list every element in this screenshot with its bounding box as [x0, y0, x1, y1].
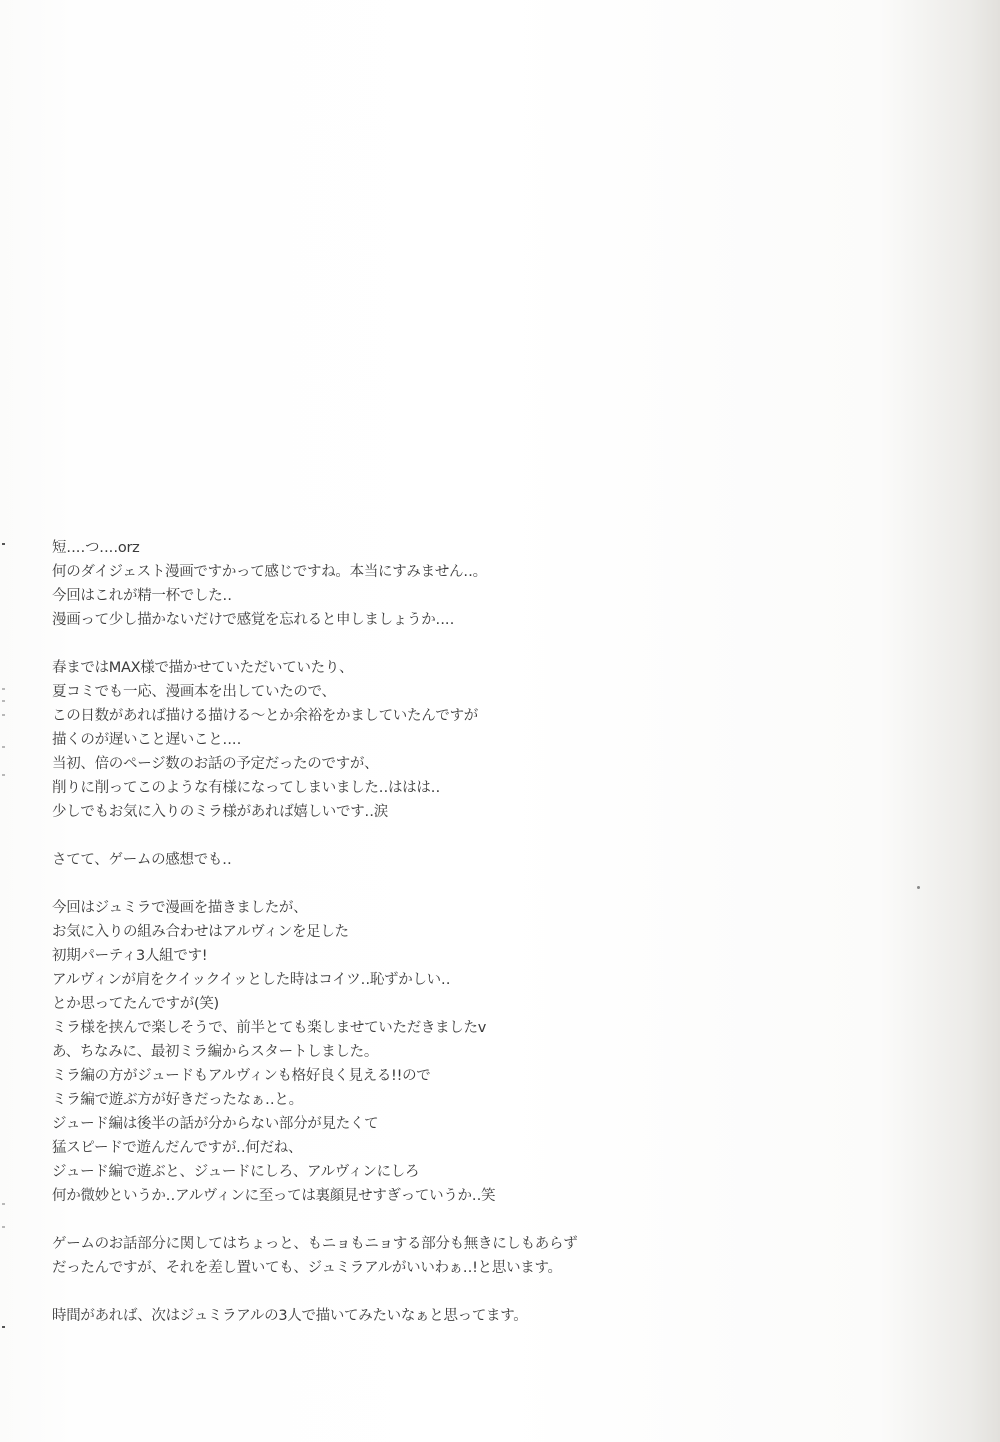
text-line: 当初、倍のページ数のお話の予定だったのですが、: [52, 752, 872, 776]
margin-mark: [2, 774, 5, 776]
afterword-text: 短‥‥つ‥‥orz 何のダイジェスト漫画ですかって感じですね。本当にすみません‥…: [52, 536, 872, 1328]
text-line: 初期パーティ3人組です!: [52, 944, 872, 968]
margin-mark: [2, 714, 5, 716]
text-line: あ、ちなみに、最初ミラ編からスタートしました。: [52, 1040, 872, 1064]
scan-speck: [917, 886, 920, 889]
text-line: だったんですが、それを差し置いても、ジュミラアルがいいわぁ‥!と思います。: [52, 1256, 872, 1280]
paragraph-gap: [52, 1280, 872, 1304]
text-line: 少しでもお気に入りのミラ様があれば嬉しいです‥涙: [52, 800, 872, 824]
scanned-page: 短‥‥つ‥‥orz 何のダイジェスト漫画ですかって感じですね。本当にすみません‥…: [0, 0, 1000, 1442]
text-line: 短‥‥つ‥‥orz: [52, 536, 872, 560]
paragraph-gap: [52, 872, 872, 896]
paragraph: 今回はジュミラで漫画を描きましたが、 お気に入りの組み合わせはアルヴィンを足した…: [52, 896, 872, 1208]
margin-mark: [2, 700, 5, 702]
paragraph: さてて、ゲームの感想でも‥: [52, 848, 872, 872]
text-line: アルヴィンが肩をクイックイッとした時はコイツ‥恥ずかしい‥: [52, 968, 872, 992]
text-line: この日数があれば描ける描ける～とか余裕をかましていたんですが: [52, 704, 872, 728]
margin-mark: [2, 688, 5, 690]
text-line: 漫画って少し描かないだけで感覚を忘れると申しましょうか‥‥: [52, 608, 872, 632]
text-line: お気に入りの組み合わせはアルヴィンを足した: [52, 920, 872, 944]
text-line: ゲームのお話部分に関してはちょっと、もニョもニョする部分も無きにしもあらず: [52, 1232, 872, 1256]
margin-mark: [2, 1226, 5, 1228]
text-line: ミラ様を挟んで楽しそうで、前半とても楽しませていただきましたv: [52, 1016, 872, 1040]
text-line: 時間があれば、次はジュミラアルの3人で描いてみたいなぁと思ってます。: [52, 1304, 872, 1328]
text-line: ミラ編の方がジュードもアルヴィンも格好良く見える!!ので: [52, 1064, 872, 1088]
text-line: 何か微妙というか‥アルヴィンに至っては裏顔見せすぎっていうか‥笑: [52, 1184, 872, 1208]
text-line: 削りに削ってこのような有様になってしまいました‥ははは‥: [52, 776, 872, 800]
paragraph-gap: [52, 632, 872, 656]
text-line: 今回はこれが精一杯でした‥: [52, 584, 872, 608]
paragraph: ゲームのお話部分に関してはちょっと、もニョもニョする部分も無きにしもあらず だっ…: [52, 1232, 872, 1280]
paragraph-gap: [52, 1208, 872, 1232]
text-line: ミラ編で遊ぶ方が好きだったなぁ‥と。: [52, 1088, 872, 1112]
text-line: 夏コミでも一応、漫画本を出していたので、: [52, 680, 872, 704]
text-line: とか思ってたんですが(笑): [52, 992, 872, 1016]
margin-mark: [2, 746, 5, 748]
margin-mark: [2, 1203, 5, 1205]
paragraph: 春まではMAX様で描かせていただいていたり、 夏コミでも一応、漫画本を出していた…: [52, 656, 872, 824]
text-line: 春まではMAX様で描かせていただいていたり、: [52, 656, 872, 680]
margin-mark: [2, 1326, 5, 1328]
paragraph-gap: [52, 824, 872, 848]
text-line: 今回はジュミラで漫画を描きましたが、: [52, 896, 872, 920]
text-line: さてて、ゲームの感想でも‥: [52, 848, 872, 872]
margin-mark: [2, 543, 5, 545]
text-line: 何のダイジェスト漫画ですかって感じですね。本当にすみません‥。: [52, 560, 872, 584]
paragraph: 短‥‥つ‥‥orz 何のダイジェスト漫画ですかって感じですね。本当にすみません‥…: [52, 536, 872, 632]
text-line: 猛スピードで遊んだんですが‥何だね、: [52, 1136, 872, 1160]
text-line: ジュード編は後半の話が分からない部分が見たくて: [52, 1112, 872, 1136]
text-line: ジュード編で遊ぶと、ジュードにしろ、アルヴィンにしろ: [52, 1160, 872, 1184]
text-line: 描くのが遅いこと遅いこと‥‥: [52, 728, 872, 752]
paragraph: 時間があれば、次はジュミラアルの3人で描いてみたいなぁと思ってます。: [52, 1304, 872, 1328]
